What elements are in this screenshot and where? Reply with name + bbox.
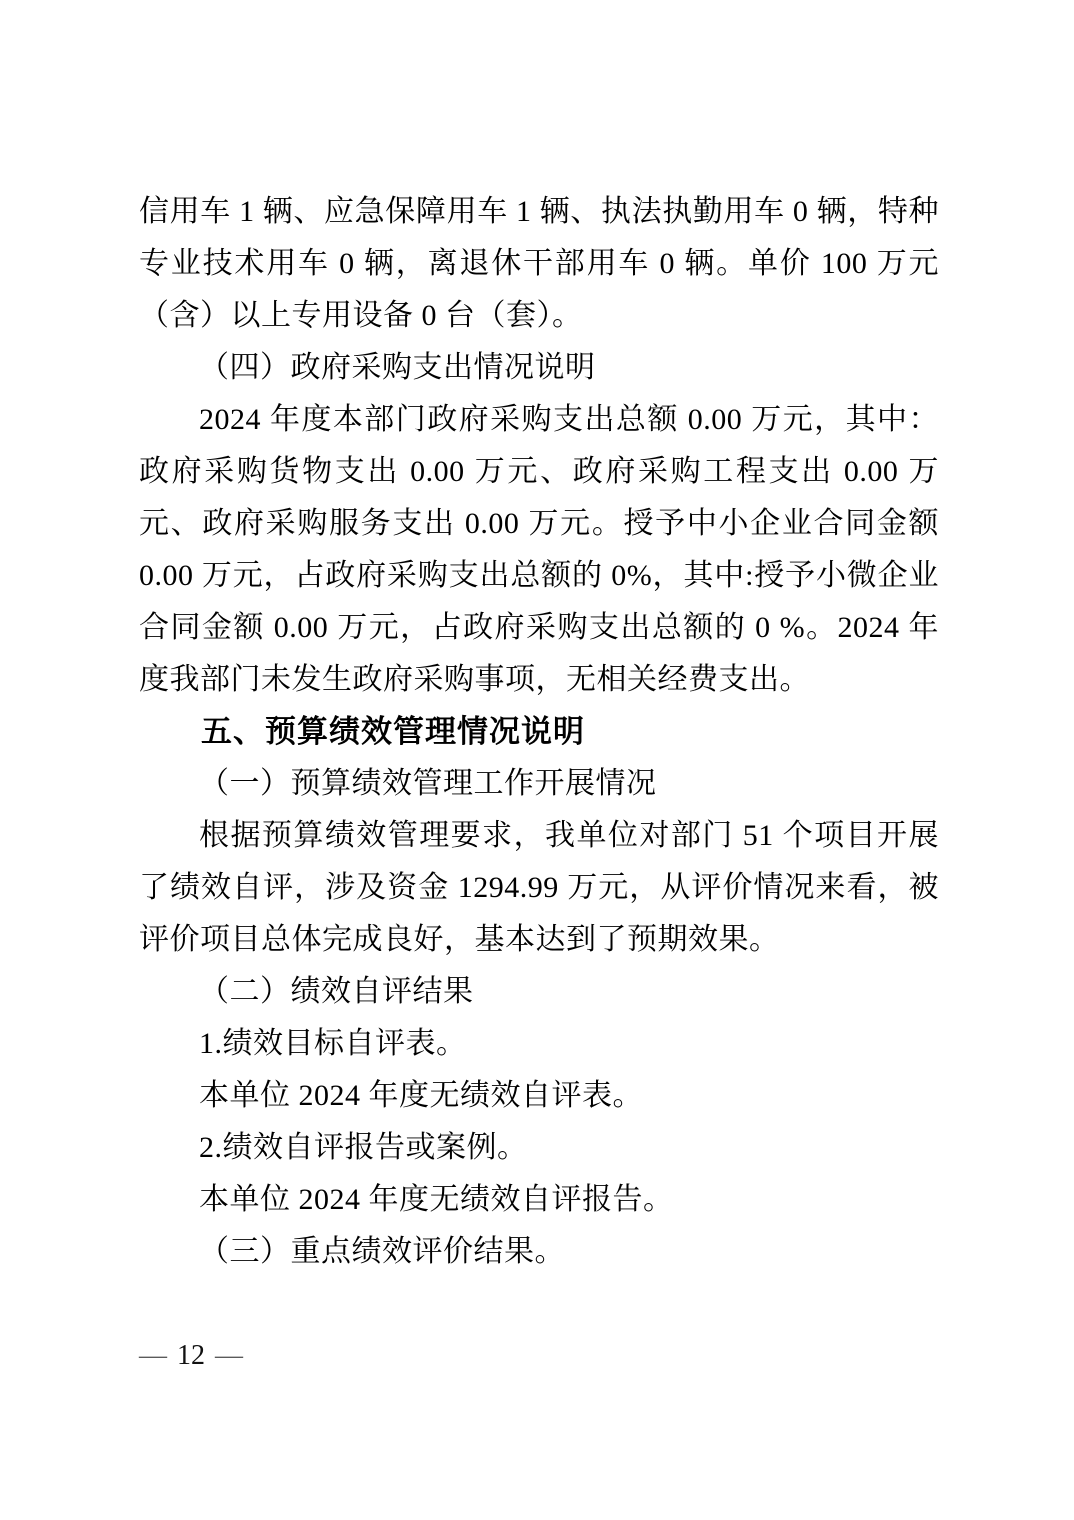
paragraph-no-self-eval-report: 本单位 2024 年度无绩效自评报告。: [139, 1174, 939, 1226]
paragraph-self-evaluation: 根据预算绩效管理要求，我单位对部门 51 个项目开展了绩效自评，涉及资金 129…: [139, 810, 939, 966]
subheading-5-2-self-eval-results: （二）绩效自评结果: [139, 966, 939, 1018]
paragraph-procurement-detail: 2024 年度本部门政府采购支出总额 0.00 万元，其中：政府采购货物支出 0…: [139, 394, 939, 706]
page-number: —12—: [139, 1336, 243, 1376]
paragraph-vehicles-continuation: 信用车 1 辆、应急保障用车 1 辆、执法执勤用车 0 辆，特种专业技术用车 0…: [139, 186, 939, 342]
heading-section-5-performance: 五、预算绩效管理情况说明: [139, 706, 939, 758]
subheading-5-1-performance-work: （一）预算绩效管理工作开展情况: [139, 758, 939, 810]
subheading-section-4-procurement: （四）政府采购支出情况说明: [139, 342, 939, 394]
document-body: 信用车 1 辆、应急保障用车 1 辆、执法执勤用车 0 辆，特种专业技术用车 0…: [139, 186, 939, 1278]
page-number-dash-left: —: [139, 1340, 167, 1371]
document-page: 信用车 1 辆、应急保障用车 1 辆、执法执勤用车 0 辆，特种专业技术用车 0…: [0, 0, 1074, 1520]
page-number-dash-right: —: [215, 1340, 243, 1371]
subheading-5-3-key-eval-results: （三）重点绩效评价结果。: [139, 1226, 939, 1278]
paragraph-no-self-eval-table: 本单位 2024 年度无绩效自评表。: [139, 1070, 939, 1122]
page-number-value: 12: [177, 1340, 205, 1371]
paragraph-item-1-self-eval-table: 1.绩效目标自评表。: [139, 1018, 939, 1070]
paragraph-item-2-self-eval-report: 2.绩效自评报告或案例。: [139, 1122, 939, 1174]
